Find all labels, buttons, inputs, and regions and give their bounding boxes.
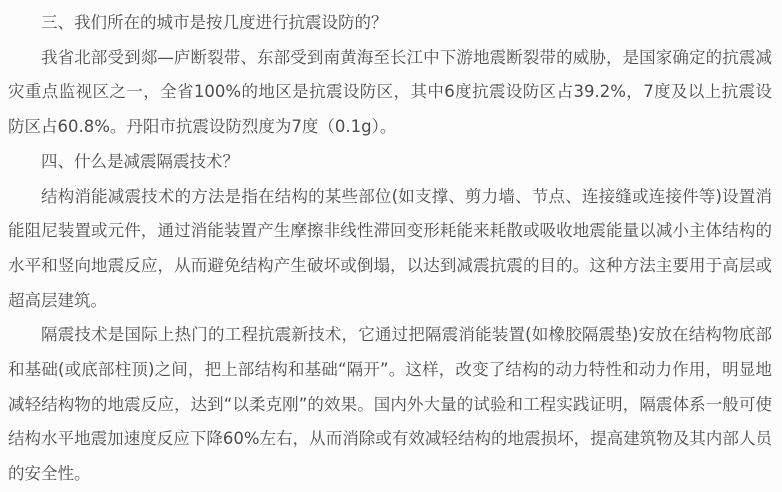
paragraph: 我省北部受到郯—庐断裂带、东部受到南黄海至长江中下游地震断裂带的威胁，是国家确定… bbox=[8, 41, 772, 145]
question-heading: 三、我们所在的城市是按几度进行抗震设防的？ bbox=[8, 6, 772, 41]
document-page: 三、我们所在的城市是按几度进行抗震设防的？ 我省北部受到郯—庐断裂带、东部受到南… bbox=[0, 0, 782, 492]
paragraph: 隔震技术是国际上热门的工程抗震新技术，它通过把隔震消能装置(如橡胶隔震垫)安放在… bbox=[8, 318, 772, 492]
question-heading: 四、什么是减震隔震技术？ bbox=[8, 145, 772, 180]
paragraph: 结构消能减震技术的方法是指在结构的某些部位(如支撑、剪力墙、节点、连接缝或连接件… bbox=[8, 180, 772, 319]
document-body: 三、我们所在的城市是按几度进行抗震设防的？ 我省北部受到郯—庐断裂带、东部受到南… bbox=[8, 6, 772, 492]
